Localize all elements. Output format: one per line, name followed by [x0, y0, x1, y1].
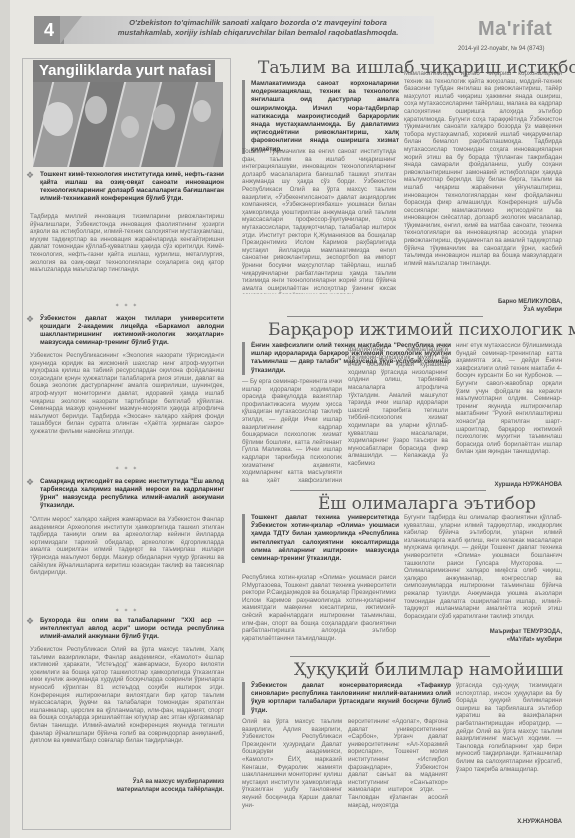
author-name: Х.НУРЖАНОВА — [456, 818, 562, 826]
separator-stars: * * * — [30, 303, 224, 310]
article-title: Ҳуқуқий билимлар намойиши — [294, 660, 564, 680]
news-item-body: Ўзбекистон Республикаси Олий ва ўрта мах… — [30, 646, 224, 772]
flower-bullet-icon: ❖ — [26, 617, 34, 627]
flower-bullet-icon: ❖ — [26, 478, 34, 488]
article-column-3: нинг етук мутахассиси бўлишимизда бундай… — [456, 342, 562, 480]
article-column-1: Республика хотин-қизлар «Олима» уюшмаси … — [242, 574, 396, 648]
author-name: Барно МЕЛИКУЛОВА, — [404, 298, 562, 306]
article-lead: Мамлакатимизда саноат корхоналарини моде… — [242, 80, 399, 154]
article-lead: Тошкент давлат техника университетида Ўз… — [242, 514, 399, 563]
boy-face-image — [121, 116, 139, 138]
section-divider — [287, 316, 483, 317]
article-column-1: Олий ва ўрта махсус таълим вазирлиги, Ад… — [242, 718, 342, 818]
article-signature: Хуршида НУРЖАНОВА — [456, 481, 562, 489]
article-signature: Х.НУРЖАНОВА — [456, 818, 562, 826]
article-column-1: Тошкент тўқимачилик ва енгил саноат инст… — [242, 148, 396, 294]
newspaper-brand: Ma'rifat — [478, 18, 552, 41]
author-role: ЎзА мухбири — [404, 306, 562, 314]
news-item-headline: Бухорода ёш олим ва талабаларнинг "XXI а… — [40, 617, 224, 641]
article-column-2: фаолиятини, жамоалардаги ижтимоий-психол… — [348, 346, 448, 482]
author-name: Маърифат ТЕМУРЗОДА, — [404, 628, 562, 636]
flower-bullet-icon: ❖ — [26, 171, 34, 181]
signature-line-1: ЎзА ва махсус мухбирларимиз — [30, 778, 224, 786]
article-column-2: верситетининг «Адолат», Фарғона давлат у… — [348, 718, 448, 818]
newspaper-page: 4 O'zbekiston to'qimachilik sanoati xalq… — [0, 0, 575, 838]
news-item-headline: Тошкент кимё-технология институтида кимё… — [40, 171, 224, 203]
separator-stars: * * * — [30, 466, 224, 473]
article-column-2: Мамлакатимизда ишлаб чиқариш корхоналари… — [404, 70, 562, 302]
article-title: Ёш олималарга эътибор — [318, 494, 536, 514]
girl-face-image — [85, 96, 107, 124]
author-name: Хуршида НУРЖАНОВА — [456, 481, 562, 489]
issue-date: 2014-yil 22-noyabr, № 94 (8743) — [458, 46, 545, 52]
article-signature: Маърифат ТЕМУРЗОДА, «Ma'rifat» мухбири — [404, 628, 562, 644]
child-face-image — [193, 100, 211, 122]
sidebar-signature: ЎзА ва махсус мухбирларимиз материаллари… — [30, 778, 224, 794]
tagline-line-2: mustahkamlab, xorijiy ishlab chiqaruvchi… — [88, 28, 428, 38]
article-column-2: Бугунги тадбирда ёш олималар фаолиятини … — [404, 514, 562, 626]
article-signature: Барно МЕЛИКУЛОВА, ЎзА мухбири — [404, 298, 562, 314]
separator-stars: * * * — [30, 608, 224, 615]
child-face-image — [43, 102, 73, 136]
tagline-line-1: O'zbekiston to'qimachilik sanoati xalqar… — [88, 18, 428, 28]
flower-bullet-icon: ❖ — [26, 315, 34, 325]
news-item-body: Тадбирда миллий инновация тизимларини ри… — [30, 213, 224, 298]
news-item-headline: Ўзбекистон давлат жаҳон тиллари универси… — [40, 315, 224, 347]
article-title: Барқарор ижтимоий психологик муҳит — [268, 320, 575, 340]
section-divider — [290, 656, 490, 657]
section-divider — [290, 490, 486, 491]
signature-line-2: материаллари асосида тайёрланди. — [30, 786, 224, 794]
news-item-body: "Олтин мерос" халқаро хайрия жамғармаси … — [30, 516, 224, 600]
article-column-1: — Бу ерга семинар-тренингга ички ишлар и… — [242, 378, 342, 483]
page-number-wedge — [60, 16, 82, 44]
page-edge — [0, 0, 10, 838]
header-tagline: O'zbekiston to'qimachilik sanoati xalqar… — [88, 18, 428, 38]
news-item-body: Ўзбекистон Республикасининг «Экология на… — [30, 352, 224, 462]
article-column-3: ўртасида суд-ҳуқуқ тизимидаги ислоҳотлар… — [456, 682, 562, 814]
news-item-headline: Самарқанд иқтисодиёт ва сервис институти… — [40, 478, 224, 510]
rubric-photo-collage — [33, 82, 223, 167]
author-role: «Ma'rifat» мухбири — [404, 636, 562, 644]
article-lead: Ўзбекистон давлат консерваториясида «Таф… — [242, 682, 451, 715]
rubric-title: Yangiliklarda yurt nafasi — [33, 60, 215, 82]
man-face-image — [153, 104, 175, 130]
